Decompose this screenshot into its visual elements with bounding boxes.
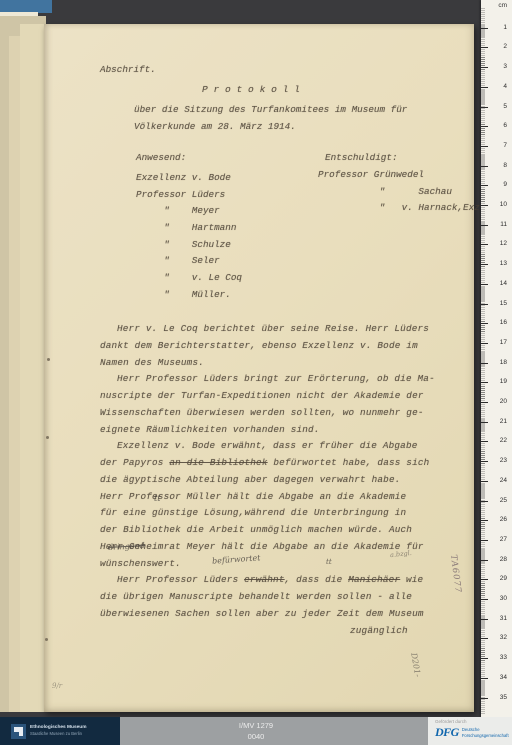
museum-text: Ethnologisches Museum Staatliche Museen … bbox=[30, 725, 87, 736]
ruler-number: 25 bbox=[500, 497, 507, 504]
dfg-subtitle: Deutsche Forschungsgemeinschaft bbox=[462, 727, 509, 738]
ruler-number: 12 bbox=[500, 241, 507, 248]
ruler-number: 1 bbox=[503, 24, 507, 31]
ruler-number: 5 bbox=[503, 103, 507, 110]
museum-subtitle: Staatliche Museen zu Berlin bbox=[30, 731, 87, 736]
ruler-tick bbox=[481, 146, 488, 147]
doc-title: P r o t o k o l l bbox=[202, 84, 300, 95]
ruler-tick bbox=[481, 579, 488, 580]
typed-line: Herr Professor Lüders bringt zur Erörter… bbox=[100, 371, 435, 388]
typed-line: Wissenschaften überwiesen werden sollten… bbox=[100, 405, 435, 422]
ruler-tick bbox=[481, 343, 488, 344]
ruler-number: 31 bbox=[500, 615, 507, 622]
typed-line: Exzellenz v. Bode erwähnt, dass er frühe… bbox=[100, 438, 435, 455]
list-item: Professor Grünwedel bbox=[318, 167, 485, 184]
ruler-tick bbox=[481, 47, 488, 48]
scan-viewer: Abschrift. P r o t o k o l l über die Si… bbox=[0, 0, 512, 745]
pencil-mark: 9/r bbox=[52, 682, 62, 690]
ruler-tick bbox=[481, 441, 488, 442]
present-list: Exzellenz v. BodeProfessor Lüders " Meye… bbox=[136, 170, 242, 304]
typed-line: nuscripte der Turfan-Expeditionen nicht … bbox=[100, 388, 435, 405]
ruler-tick bbox=[481, 658, 488, 659]
ruler-tick bbox=[481, 402, 488, 403]
ruler-number: 15 bbox=[500, 300, 507, 307]
document-id: I/MV 1279 0040 bbox=[156, 720, 356, 742]
ruler-tick bbox=[481, 540, 488, 541]
list-item: " Sachau bbox=[318, 184, 485, 201]
typed-line: überwiesenen Sachen sollen aber zu jeder… bbox=[100, 606, 435, 623]
museum-logo-icon bbox=[11, 724, 26, 739]
ruler-number: 2 bbox=[503, 44, 507, 51]
ruler-number: 17 bbox=[500, 339, 507, 346]
ruler-tick bbox=[481, 560, 488, 561]
page-stack-edge bbox=[20, 24, 46, 712]
ruler-number: 18 bbox=[500, 359, 507, 366]
ruler-tick bbox=[481, 481, 488, 482]
ruler-number: 9 bbox=[503, 181, 507, 188]
typed-line: für eine günstige Lösung,während die Unt… bbox=[100, 505, 435, 522]
typed-line: die übrigen Manuscripte behandelt werden… bbox=[100, 589, 435, 606]
list-item: " Meyer bbox=[136, 203, 242, 220]
ruler-tick bbox=[481, 107, 488, 108]
present-header: Anwesend: bbox=[136, 152, 186, 163]
ruler-number: 8 bbox=[503, 162, 507, 169]
typed-line: Herr Professor Lüders erwähnt, dass die … bbox=[100, 572, 435, 589]
list-item: " Schulze bbox=[136, 237, 242, 254]
ruler-number: 30 bbox=[500, 595, 507, 602]
punch-hole bbox=[46, 436, 49, 439]
ruler-tick bbox=[481, 87, 488, 88]
ruler-number: 29 bbox=[500, 575, 507, 582]
typed-line: der Bibliothek die Arbeit unmöglich mach… bbox=[100, 522, 435, 539]
ruler-tick bbox=[481, 638, 488, 639]
typed-line: Namen des Museums. bbox=[100, 355, 435, 372]
ruler-number: 16 bbox=[500, 319, 507, 326]
ruler-tick bbox=[481, 422, 488, 423]
doc-paragraphs: Herr v. Le Coq berichtet über seine Reis… bbox=[100, 321, 435, 639]
ruler-number: 6 bbox=[503, 122, 507, 129]
typed-line: Herr Professor Müller hält die Abgabe an… bbox=[100, 489, 435, 506]
cm-ruler: cm 1234567891011121314151617181920212223… bbox=[481, 0, 512, 717]
ruler-number: 20 bbox=[500, 398, 507, 405]
ruler-number: 13 bbox=[500, 260, 507, 267]
ruler-tick bbox=[481, 244, 488, 245]
ruler-tick bbox=[481, 205, 488, 206]
ruler-tick bbox=[481, 264, 488, 265]
typed-line: Herr v. Le Coq berichtet über seine Reis… bbox=[100, 321, 435, 338]
ruler-tick bbox=[481, 166, 488, 167]
museum-branding: Ethnologisches Museum Staatliche Museen … bbox=[0, 717, 120, 745]
typed-line: der Papyros an die Bibliothek befürworte… bbox=[100, 455, 435, 472]
doc-subtitle-line: Völkerkunde am 28. März 1914. bbox=[134, 121, 296, 132]
list-item: Professor Lüders bbox=[136, 187, 242, 204]
typed-line: eignete Räumlichkeiten vorhanden sind. bbox=[100, 422, 435, 439]
punch-hole bbox=[47, 358, 50, 361]
typed-line: Herr Geheimrat Meyer hält die Abgabe an … bbox=[100, 539, 435, 556]
list-item: " Hartmann bbox=[136, 220, 242, 237]
ruler-tick bbox=[481, 619, 488, 620]
ruler-tick bbox=[481, 678, 488, 679]
ruler-tick bbox=[481, 520, 488, 521]
ruler-number: 22 bbox=[500, 438, 507, 445]
typed-line: zugänglich bbox=[100, 623, 435, 640]
ruler-tick bbox=[481, 698, 488, 699]
handwritten-margin-note: TA6077 bbox=[448, 554, 463, 594]
ruler-tick bbox=[481, 185, 488, 186]
ruler-unit-label: cm bbox=[498, 2, 507, 9]
list-item: " Müller. bbox=[136, 287, 242, 304]
dfg-branding: Gefördert durch DFG Deutsche Forschungsg… bbox=[428, 717, 512, 745]
doc-subtitle-line: über die Sitzung des Turfankomitees im M… bbox=[134, 104, 407, 115]
list-item: " v. Harnack,Exz. bbox=[318, 200, 485, 217]
handwritten-correction: dringend bbox=[108, 541, 145, 552]
list-item: " Seler bbox=[136, 253, 242, 270]
ruler-number: 28 bbox=[500, 556, 507, 563]
list-item: " v. Le Coq bbox=[136, 270, 242, 287]
ruler-number: 7 bbox=[503, 142, 507, 149]
footer-bar: Ethnologisches Museum Staatliche Museen … bbox=[0, 717, 512, 745]
ruler-tick bbox=[481, 67, 488, 68]
ruler-number: 32 bbox=[500, 635, 507, 642]
ruler-tick bbox=[481, 304, 488, 305]
excused-list: Professor Grünwedel " Sachau " v. Harnac… bbox=[318, 167, 485, 217]
ruler-number: 34 bbox=[500, 674, 507, 681]
doc-label: Abschrift. bbox=[100, 64, 156, 75]
funded-by-label: Gefördert durch bbox=[435, 719, 512, 724]
ruler-tick bbox=[481, 284, 488, 285]
ruler-number: 3 bbox=[503, 63, 507, 70]
punch-hole bbox=[45, 638, 48, 641]
shelfmark: I/MV 1279 bbox=[156, 720, 356, 731]
ruler-number: 10 bbox=[500, 201, 507, 208]
handwritten-mark: tt bbox=[154, 494, 160, 503]
ruler-number: 33 bbox=[500, 654, 507, 661]
typed-line: dankt dem Berichterstatter, ebenso Exzel… bbox=[100, 338, 435, 355]
ruler-number: 21 bbox=[500, 418, 507, 425]
ruler-number: 19 bbox=[500, 378, 507, 385]
ruler-number: 26 bbox=[500, 516, 507, 523]
ruler-number: 11 bbox=[500, 221, 507, 228]
ruler-tick bbox=[481, 363, 488, 364]
ruler-tick bbox=[481, 225, 488, 226]
dfg-logo: DFG bbox=[435, 725, 459, 740]
ruler-tick bbox=[481, 28, 488, 29]
ruler-tick bbox=[481, 323, 488, 324]
handwritten-margin-note: D201- bbox=[409, 652, 422, 678]
ruler-tick bbox=[481, 461, 488, 462]
typed-line: wünschenswert. bbox=[100, 556, 435, 573]
ruler-number: 14 bbox=[500, 280, 507, 287]
ruler-tick bbox=[481, 382, 488, 383]
ruler-number: 24 bbox=[500, 477, 507, 484]
ruler-number: 23 bbox=[500, 457, 507, 464]
page-number: 0040 bbox=[156, 731, 356, 742]
handwritten-mark: tt bbox=[326, 558, 332, 566]
ruler-tick bbox=[481, 599, 488, 600]
ruler-tick bbox=[481, 126, 488, 127]
ruler-number: 35 bbox=[500, 694, 507, 701]
typed-line: die ägyptische Abteilung aber dagegen ve… bbox=[100, 472, 435, 489]
document-page: Abschrift. P r o t o k o l l über die Si… bbox=[44, 24, 474, 712]
excused-header: Entschuldigt: bbox=[325, 152, 398, 163]
ruler-number: 27 bbox=[500, 536, 507, 543]
list-item: Exzellenz v. Bode bbox=[136, 170, 242, 187]
ruler-number: 4 bbox=[503, 83, 507, 90]
ruler-tick bbox=[481, 501, 488, 502]
